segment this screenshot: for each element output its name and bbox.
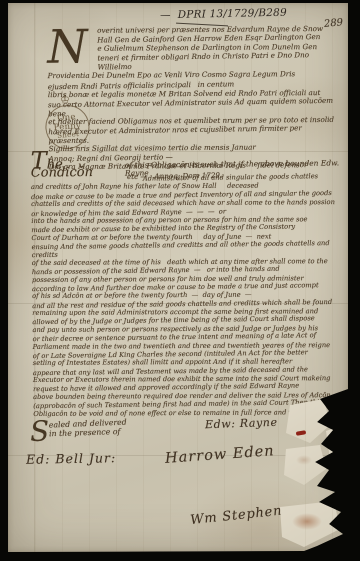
reference-number: DPRI 13/1729/B289	[178, 7, 287, 21]
manuscript-page: —DPRI 13/1729/B289 289 ♔ One Penny Sheet…	[8, 3, 348, 552]
reference-dash: —	[160, 9, 171, 21]
wax-seal-remnant	[292, 513, 322, 530]
torn-seal-flap	[284, 445, 326, 487]
manuscript-scan: —DPRI 13/1729/B289 289 ♔ One Penny Sheet…	[0, 0, 360, 561]
signature-harrow-eden: Harrow Eden	[165, 443, 276, 467]
wax-seal-remnant	[296, 455, 312, 465]
condition-clause: The Condicōn of this Obligacōn is such t…	[31, 153, 346, 418]
condition-lines: Administrator of all and singular the go…	[31, 172, 346, 418]
torn-seal-flap	[286, 399, 330, 445]
torn-seal-flap	[324, 423, 348, 459]
attestation-note: S ealed and delivered in the presence of	[30, 417, 151, 443]
signature-ed-bell: Ed: Bell Jur:	[26, 450, 116, 467]
signature-edward-rayne: Edw: Rayne	[205, 416, 278, 432]
archive-reference: —DPRI 13/1729/B289	[160, 7, 287, 22]
